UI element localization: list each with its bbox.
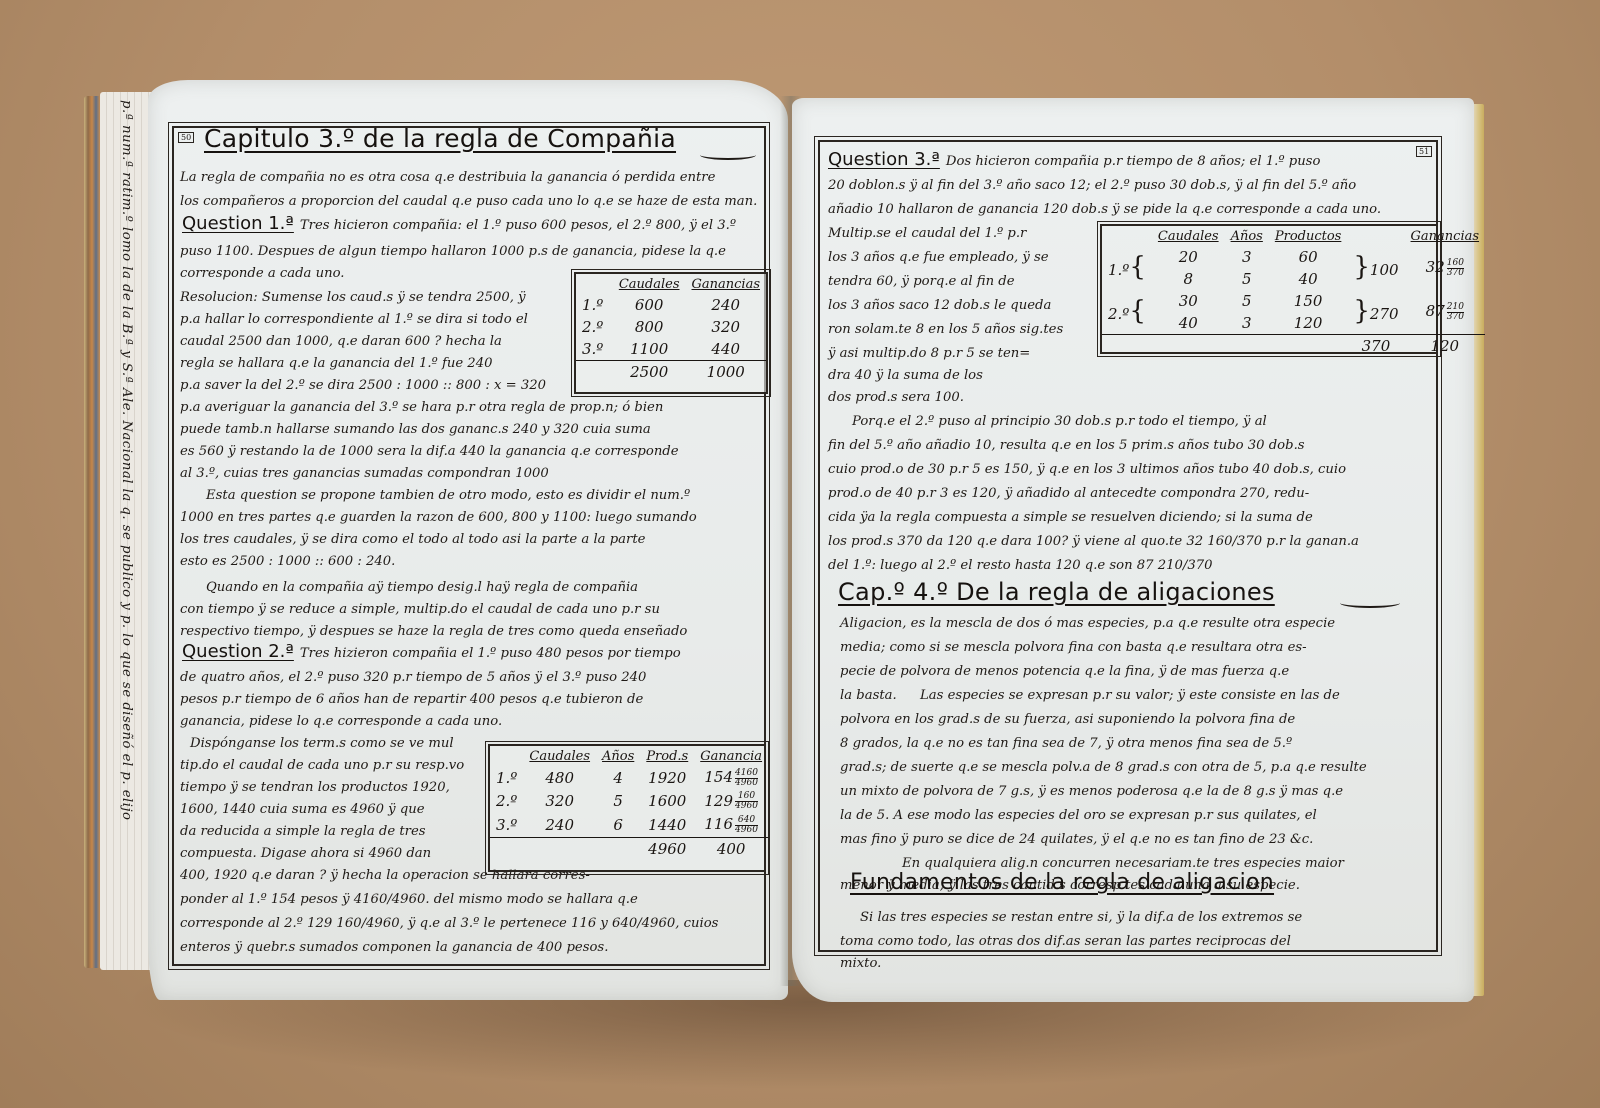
question-2-table: Caudales Años Prod.s Ganancia 1.º 480 4 … bbox=[488, 744, 766, 872]
title-flourish bbox=[700, 150, 756, 160]
col-ganancias: Ganancias bbox=[686, 274, 767, 294]
fraction: 210370 bbox=[1447, 303, 1464, 322]
brace-icon: { bbox=[1129, 296, 1146, 326]
col-caudales: Caudales bbox=[1152, 226, 1225, 246]
brace-icon: } bbox=[1353, 252, 1370, 282]
table-row: 1.º 600 240 bbox=[576, 294, 766, 316]
chapter-4-title: Cap.º 4.º De la regla de aligaciones bbox=[838, 578, 1275, 606]
brace-icon: } bbox=[1353, 296, 1370, 326]
table-row: 2.º 800 320 bbox=[576, 316, 766, 338]
left-page-number: 50 bbox=[178, 132, 194, 143]
open-manuscript: p.ª num.ª ratim.º lomo la de la B.ª y S.… bbox=[0, 0, 1600, 1108]
col-productos: Productos bbox=[1269, 226, 1348, 246]
table-row: 3.º 1100 440 bbox=[576, 338, 766, 361]
table-total-row: 4960 400 bbox=[490, 837, 768, 860]
col-ganancias: Ganancias bbox=[1405, 226, 1486, 246]
col-anos: Años bbox=[1225, 226, 1269, 246]
fundamentos-title: Fundamentos de la regla de aligacion bbox=[850, 870, 1274, 895]
fraction: 160370 bbox=[1447, 259, 1464, 278]
fore-edge-note: p.ª num.ª ratim.º lomo la de la B.ª y S.… bbox=[112, 100, 138, 960]
question-3-table: Caudales Años Productos Ganancias 1.º{ 2… bbox=[1100, 224, 1438, 354]
question-1-table: Caudales Ganancias 1.º 600 240 2.º 800 3… bbox=[574, 272, 768, 394]
table-row: 1.º 480 4 1920 15441604960 bbox=[490, 766, 768, 790]
col-anos: Años bbox=[596, 746, 640, 766]
brace-icon: { bbox=[1129, 252, 1146, 282]
fraction: 6404960 bbox=[735, 816, 758, 835]
col-caudales: Caudales bbox=[613, 274, 686, 294]
title-flourish bbox=[1340, 598, 1400, 608]
col-ganancia: Ganancia bbox=[694, 746, 768, 766]
right-page-number: 51 bbox=[1416, 146, 1432, 157]
fraction: 41604960 bbox=[735, 769, 758, 788]
col-caudales: Caudales bbox=[523, 746, 596, 766]
table-total-row: 2500 1000 bbox=[576, 361, 766, 384]
fraction: 1604960 bbox=[735, 792, 758, 811]
table-row: 2.º{ 30 5 150 }270 87210370 bbox=[1102, 290, 1485, 312]
table-row: 3.º 240 6 1440 1166404960 bbox=[490, 813, 768, 837]
table-row: 2.º 320 5 1600 1291604960 bbox=[490, 790, 768, 814]
col-productos: Prod.s bbox=[640, 746, 694, 766]
table-row: 1.º{ 20 3 60 }100 32160370 bbox=[1102, 246, 1485, 268]
chapter-3-title: Capitulo 3.º de la regla de Compañia bbox=[204, 124, 676, 153]
table-total-row: 370 120 bbox=[1102, 335, 1485, 358]
